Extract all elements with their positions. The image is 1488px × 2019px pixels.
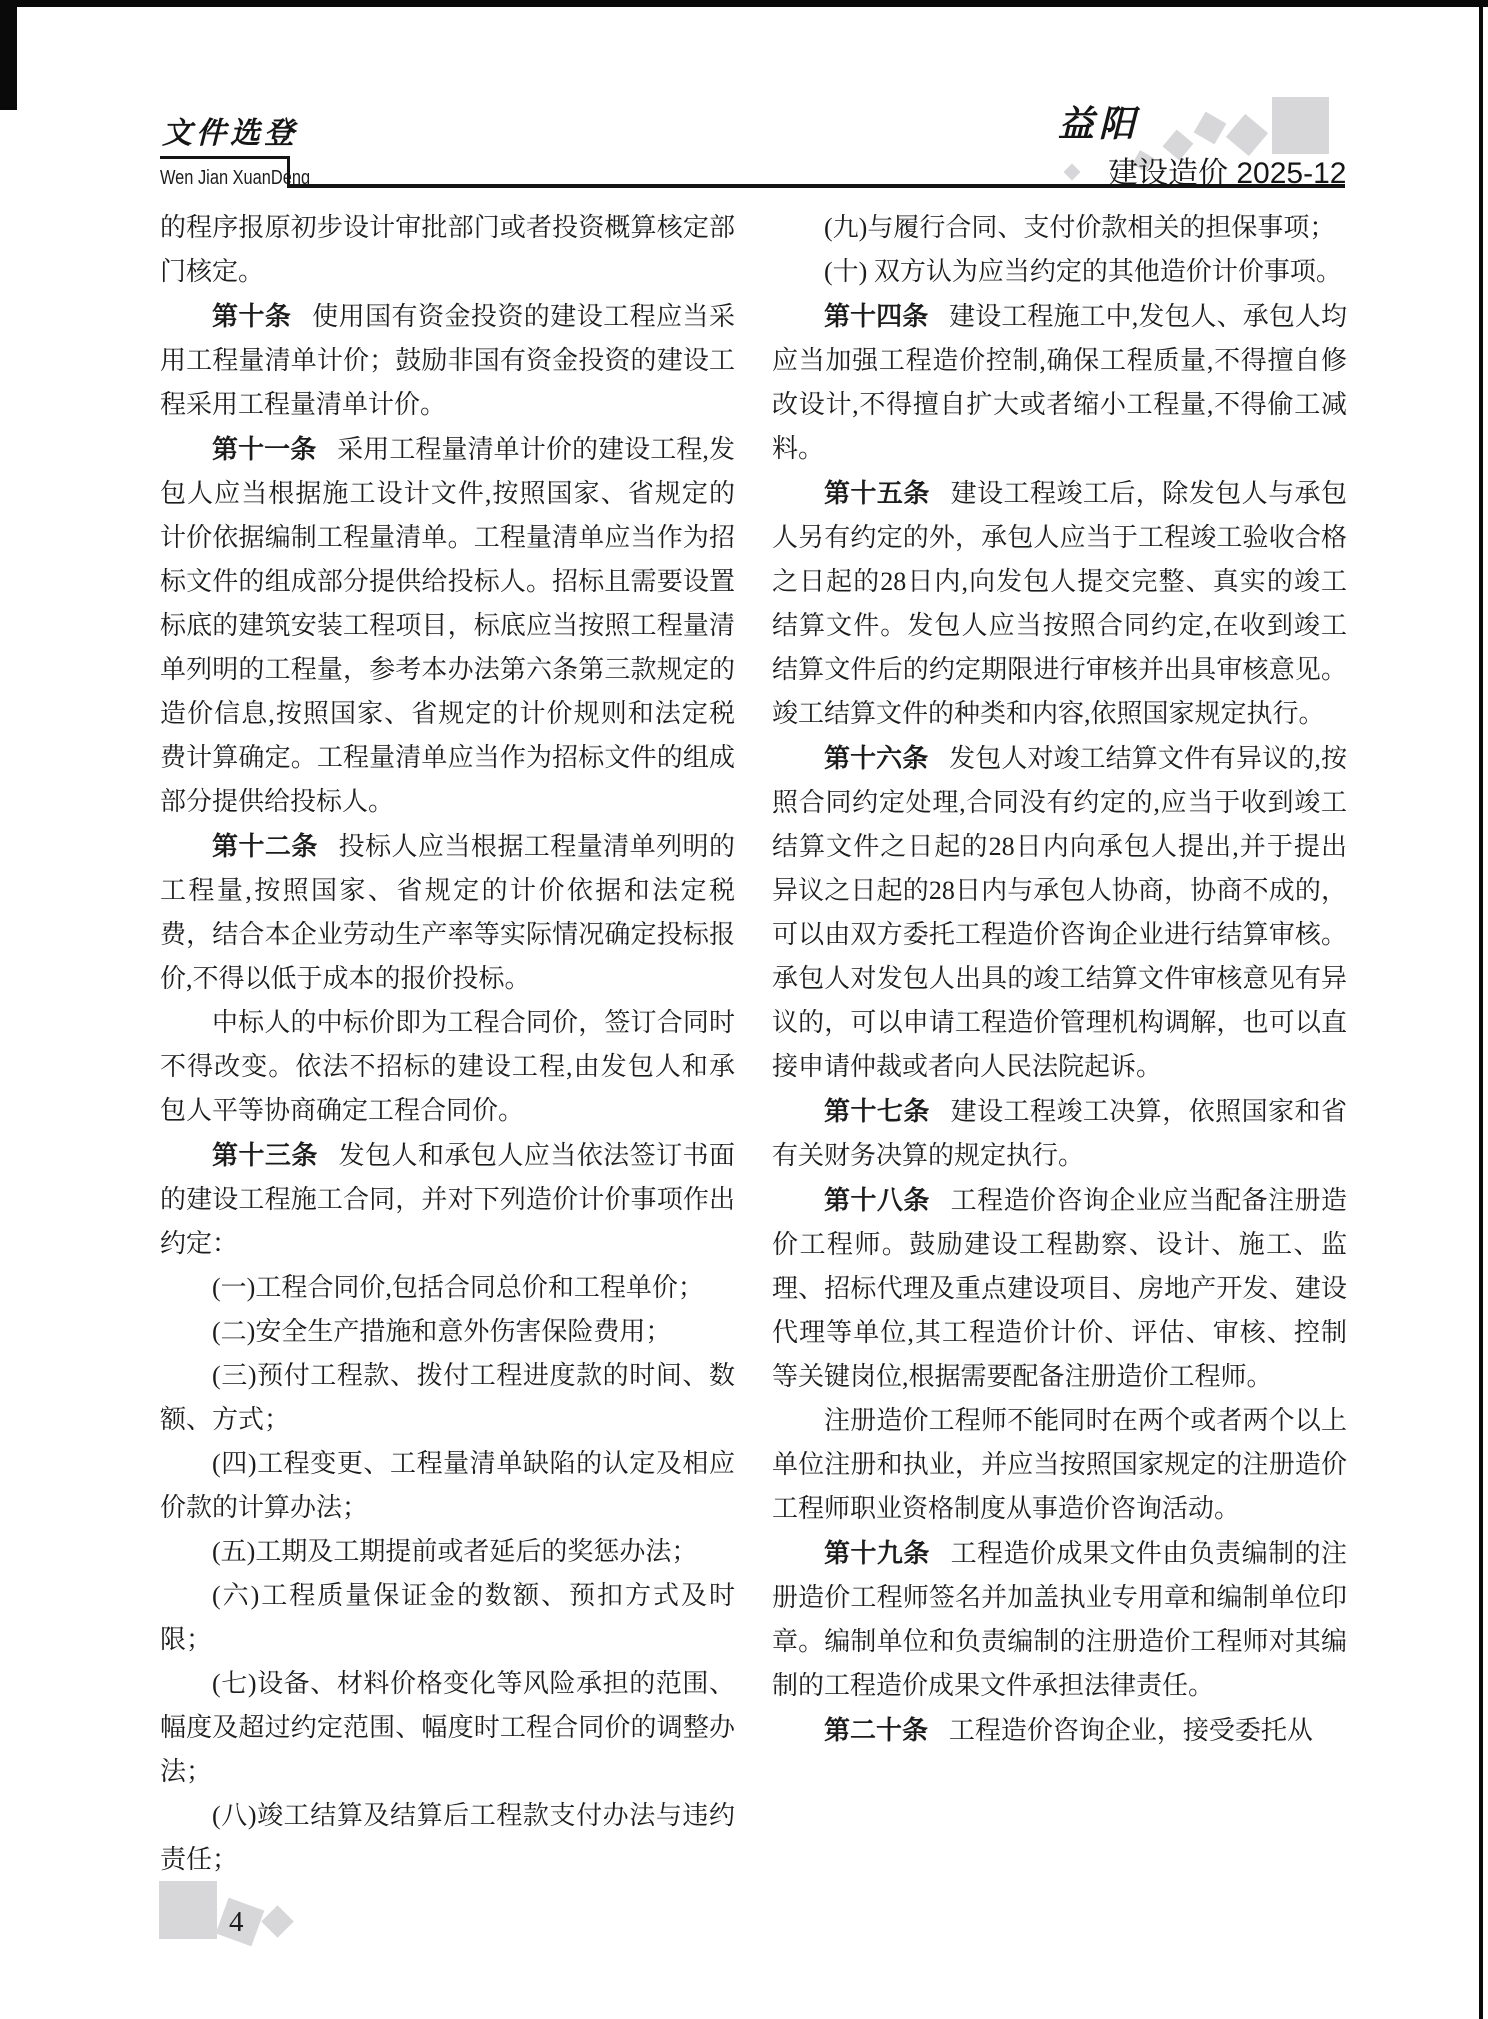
paragraph-text: (一)工程合同价,包括合同总价和工程单价； (212, 1273, 704, 1302)
paragraph-text: (六)工程质量保证金的数额、预扣方式及时限； (160, 1581, 735, 1654)
article-number: 第十四条 (824, 301, 928, 331)
footer-deco-square (159, 1881, 217, 1939)
paragraph: (九)与履行合同、支付价款相关的担保事项； (772, 206, 1347, 250)
paragraph: 第十七条建设工程竣工决算，依照国家和省有关财务决算的规定执行。 (772, 1089, 1347, 1178)
paragraph-text: 采用工程量清单计价的建设工程,发包人应当根据施工设计文件,按照国家、省规定的计价… (160, 435, 735, 816)
paragraph: 第十八条工程造价咨询企业应当配备注册造价工程师。鼓励建设工程勘察、设计、施工、监… (772, 1178, 1347, 1399)
article-number: 第十六条 (824, 743, 928, 773)
paragraph-text: 中标人的中标价即为工程合同价，签订合同时不得改变。依法不招标的建设工程,由发包人… (160, 1008, 735, 1125)
article-number: 第十二条 (212, 831, 318, 861)
text-column-left: 的程序报原初步设计审批部门或者投资概算核定部门核定。第十条使用国有资金投资的建设… (160, 206, 735, 1882)
paragraph-text: (九)与履行合同、支付价款相关的担保事项； (824, 213, 1335, 242)
paragraph: 中标人的中标价即为工程合同价，签订合同时不得改变。依法不招标的建设工程,由发包人… (160, 1001, 735, 1133)
journal-issue: 建设造价 2025-12 (1108, 148, 1346, 192)
page-number: 4 (229, 1906, 244, 1939)
paragraph: (十) 双方认为应当约定的其他造价计价事项。 (772, 250, 1347, 294)
article-number: 第十三条 (212, 1140, 318, 1170)
paragraph: 的程序报原初步设计审批部门或者投资概算核定部门核定。 (160, 206, 735, 294)
article-number: 第二十条 (824, 1715, 928, 1745)
paragraph-text: (八)竣工结算及结算后工程款支付办法与违约责任； (160, 1801, 735, 1874)
paragraph: 第十二条投标人应当根据工程量清单列明的工程量,按照国家、省规定的计价依据和法定税… (160, 824, 735, 1001)
article-number: 第十五条 (824, 478, 930, 508)
paragraph-text: (七)设备、材料价格变化等风险承担的范围、幅度及超过约定范围、幅度时工程合同价的… (160, 1669, 735, 1786)
scan-edge-top (0, 0, 1488, 7)
scan-edge-right (1479, 0, 1483, 2019)
text-column-right: (九)与履行合同、支付价款相关的担保事项；(十) 双方认为应当约定的其他造价计价… (772, 206, 1347, 1753)
paragraph-text: 建设工程竣工后，除发包人与承包人另有约定的外，承包人应当于工程竣工验收合格之日起… (772, 479, 1347, 728)
article-number: 第十八条 (824, 1185, 930, 1215)
paragraph-text: 工程造价咨询企业应当配备注册造价工程师。鼓励建设工程勘察、设计、施工、监理、招标… (772, 1186, 1347, 1391)
scanned-document-page: { "header": { "section_title": "文件选登", "… (0, 0, 1488, 2019)
article-number: 第十条 (212, 301, 291, 331)
article-number: 第十七条 (824, 1096, 930, 1126)
paragraph-text: 注册造价工程师不能同时在两个或者两个以上单位注册和执业，并应当按照国家规定的注册… (772, 1406, 1347, 1523)
article-number: 第十一条 (212, 434, 316, 464)
paragraph: (三)预付工程款、拨付工程进度款的时间、数额、方式； (160, 1354, 735, 1442)
footer-deco-diamond-2 (261, 1905, 294, 1938)
paragraph-text: 工程造价咨询企业，接受委托从 (949, 1716, 1313, 1745)
section-title: 文件选登 (162, 108, 298, 152)
paragraph: (四)工程变更、工程量清单缺陷的认定及相应价款的计算办法； (160, 1442, 735, 1530)
section-title-underline (160, 156, 290, 159)
paragraph-text: (三)预付工程款、拨付工程进度款的时间、数额、方式； (160, 1361, 735, 1434)
paragraph: 第十六条发包人对竣工结算文件有异议的,按照合同约定处理,合同没有约定的,应当于收… (772, 736, 1347, 1089)
paragraph-text: 的程序报原初步设计审批部门或者投资概算核定部门核定。 (160, 213, 735, 286)
paragraph: 第十九条工程造价成果文件由负责编制的注册造价工程师签名并加盖执业专用章和编制单位… (772, 1531, 1347, 1708)
paragraph: (八)竣工结算及结算后工程款支付办法与违约责任； (160, 1794, 735, 1882)
paragraph-text: (十) 双方认为应当约定的其他造价计价事项。 (824, 257, 1342, 286)
scan-edge-top-left (0, 0, 17, 110)
paragraph-text: 发包人对竣工结算文件有异议的,按照合同约定处理,合同没有约定的,应当于收到竣工结… (772, 744, 1347, 1081)
paragraph: 第十四条建设工程施工中,发包人、承包人均应当加强工程造价控制,确保工程质量,不得… (772, 294, 1347, 471)
paragraph: 第十一条采用工程量清单计价的建设工程,发包人应当根据施工设计文件,按照国家、省规… (160, 427, 735, 824)
paragraph: 第十条使用国有资金投资的建设工程应当采用工程量清单计价；鼓励非国有资金投资的建设… (160, 294, 735, 427)
deco-diamond-1 (1064, 164, 1081, 181)
paragraph: (二)安全生产措施和意外伤害保险费用； (160, 1310, 735, 1354)
paragraph: (五)工期及工期提前或者延后的奖惩办法； (160, 1530, 735, 1574)
paragraph-text: (二)安全生产措施和意外伤害保险费用； (212, 1317, 671, 1346)
deco-diamond-4 (1194, 112, 1227, 145)
article-number: 第十九条 (824, 1538, 930, 1568)
paragraph: (七)设备、材料价格变化等风险承担的范围、幅度及超过约定范围、幅度时工程合同价的… (160, 1662, 735, 1794)
paragraph: (一)工程合同价,包括合同总价和工程单价； (160, 1266, 735, 1310)
paragraph: 第二十条工程造价咨询企业，接受委托从 (772, 1708, 1347, 1753)
city-title: 益阳 (1058, 96, 1140, 147)
paragraph: (六)工程质量保证金的数额、预扣方式及时限； (160, 1574, 735, 1662)
paragraph: 第十五条建设工程竣工后，除发包人与承包人另有约定的外，承包人应当于工程竣工验收合… (772, 471, 1347, 736)
paragraph-text: (五)工期及工期提前或者延后的奖惩办法； (212, 1537, 697, 1566)
deco-square-large (1272, 97, 1329, 154)
paragraph: 第十三条发包人和承包人应当依法签订书面的建设工程施工合同，并对下列造价计价事项作… (160, 1133, 735, 1266)
paragraph: 注册造价工程师不能同时在两个或者两个以上单位注册和执业，并应当按照国家规定的注册… (772, 1399, 1347, 1531)
paragraph-text: (四)工程变更、工程量清单缺陷的认定及相应价款的计算办法； (160, 1449, 735, 1522)
